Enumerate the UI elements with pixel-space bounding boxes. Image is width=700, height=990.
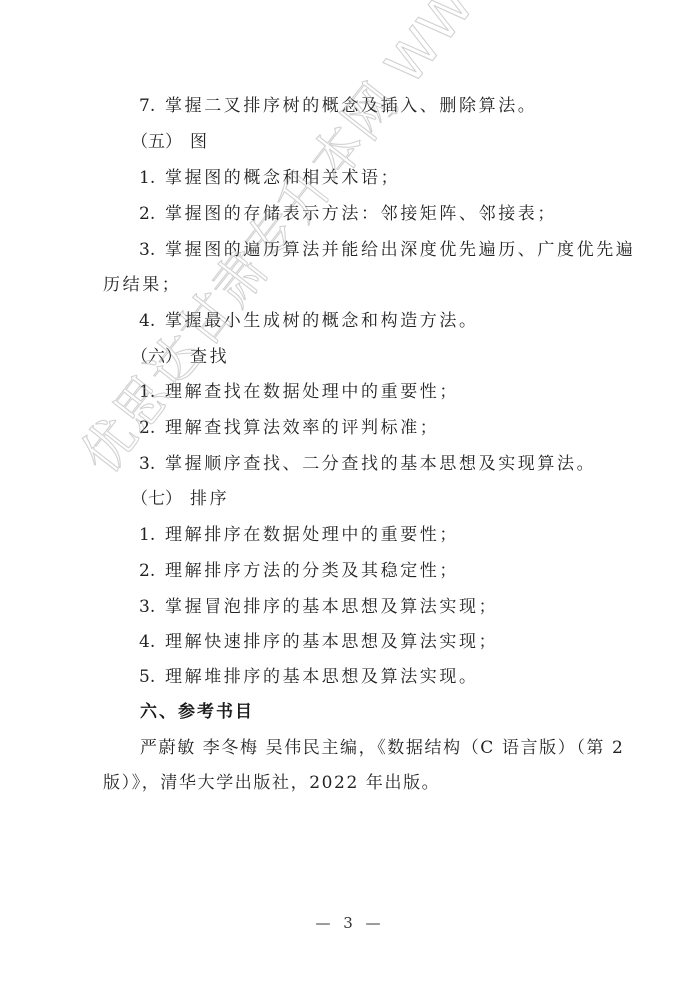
section-title: 查找 xyxy=(190,347,229,367)
list-item: 1.理解查找在数据处理中的重要性； xyxy=(139,381,459,403)
list-item: 3.掌握冒泡排序的基本思想及算法实现； xyxy=(139,596,498,618)
item-number: 1. xyxy=(139,167,165,189)
item-text: 掌握顺序查找、二分查找的基本思想及实现算法。 xyxy=(165,454,596,474)
item-text: 掌握图的遍历算法并能给出深度优先遍历、广度优先遍 xyxy=(165,240,635,260)
item-number: 2. xyxy=(139,417,165,439)
item-number: 1. xyxy=(139,381,165,403)
list-item: 3.掌握图的遍历算法并能给出深度优先遍历、广度优先遍 xyxy=(139,239,635,261)
item-number: 3. xyxy=(139,239,165,261)
section-title: 排序 xyxy=(190,489,229,509)
list-item: 2.理解排序方法的分类及其稳定性； xyxy=(139,560,459,582)
item-number: 2. xyxy=(139,560,165,582)
section-heading-search: （六）查找 xyxy=(131,346,229,368)
list-item: 4.理解快速排序的基本思想及算法实现； xyxy=(139,631,498,653)
reference-line-1: 严蔚敏 李冬梅 吴伟民主编，《数据结构（C 语言版）（第 2 xyxy=(140,737,624,759)
section-number: （五） xyxy=(131,132,182,152)
item-number: 2. xyxy=(139,203,165,225)
item-text: 理解快速排序的基本思想及算法实现； xyxy=(165,632,498,652)
list-item: 2.理解查找算法效率的评判标准； xyxy=(139,417,439,439)
item-number: 7. xyxy=(139,95,165,117)
item-text: 理解查找算法效率的评判标准； xyxy=(165,418,439,438)
item-number: 3. xyxy=(139,453,165,475)
item-text: 掌握最小生成树的概念和构造方法。 xyxy=(165,311,479,331)
list-item: 1.掌握图的概念和相关术语； xyxy=(139,167,400,189)
item-text: 理解排序在数据处理中的重要性； xyxy=(165,525,459,545)
reference-line-2: 版）》，清华大学出版社，2022 年出版。 xyxy=(103,772,440,794)
item-number: 1. xyxy=(139,524,165,546)
section-number: （六） xyxy=(131,347,182,367)
list-item: 3.掌握顺序查找、二分查找的基本思想及实现算法。 xyxy=(139,453,596,475)
section-title: 图 xyxy=(190,132,210,152)
list-item: 5.理解堆排序的基本思想及算法实现。 xyxy=(139,666,479,688)
section-heading-sort: （七）排序 xyxy=(131,488,229,510)
section-number: （七） xyxy=(131,489,182,509)
item-text: 掌握图的存储表示方法：邻接矩阵、邻接表； xyxy=(165,204,557,224)
item-text: 理解堆排序的基本思想及算法实现。 xyxy=(165,667,479,687)
item-text: 掌握冒泡排序的基本思想及算法实现； xyxy=(165,597,498,617)
item-text: 理解查找在数据处理中的重要性； xyxy=(165,382,459,402)
list-item: 1.理解排序在数据处理中的重要性； xyxy=(139,524,459,546)
document-page: 7.掌握二叉排序树的概念及插入、删除算法。 （五）图 1.掌握图的概念和相关术语… xyxy=(0,0,700,990)
list-item: 7.掌握二叉排序树的概念及插入、删除算法。 xyxy=(139,95,537,117)
list-item: 4.掌握最小生成树的概念和构造方法。 xyxy=(139,310,479,332)
item-text: 掌握图的概念和相关术语； xyxy=(165,168,400,188)
references-heading: 六、参考书目 xyxy=(140,701,254,723)
section-heading-graph: （五）图 xyxy=(131,131,210,153)
item-number: 4. xyxy=(139,631,165,653)
item-number: 4. xyxy=(139,310,165,332)
list-item: 2.掌握图的存储表示方法：邻接矩阵、邻接表； xyxy=(139,203,557,225)
item-text: 理解排序方法的分类及其稳定性； xyxy=(165,561,459,581)
item-number: 3. xyxy=(139,596,165,618)
item-text: 历结果； xyxy=(103,275,181,295)
list-item-continuation: 历结果； xyxy=(103,274,181,296)
item-text: 掌握二叉排序树的概念及插入、删除算法。 xyxy=(165,96,537,116)
page-number: — 3 — xyxy=(0,914,700,932)
item-number: 5. xyxy=(139,666,165,688)
